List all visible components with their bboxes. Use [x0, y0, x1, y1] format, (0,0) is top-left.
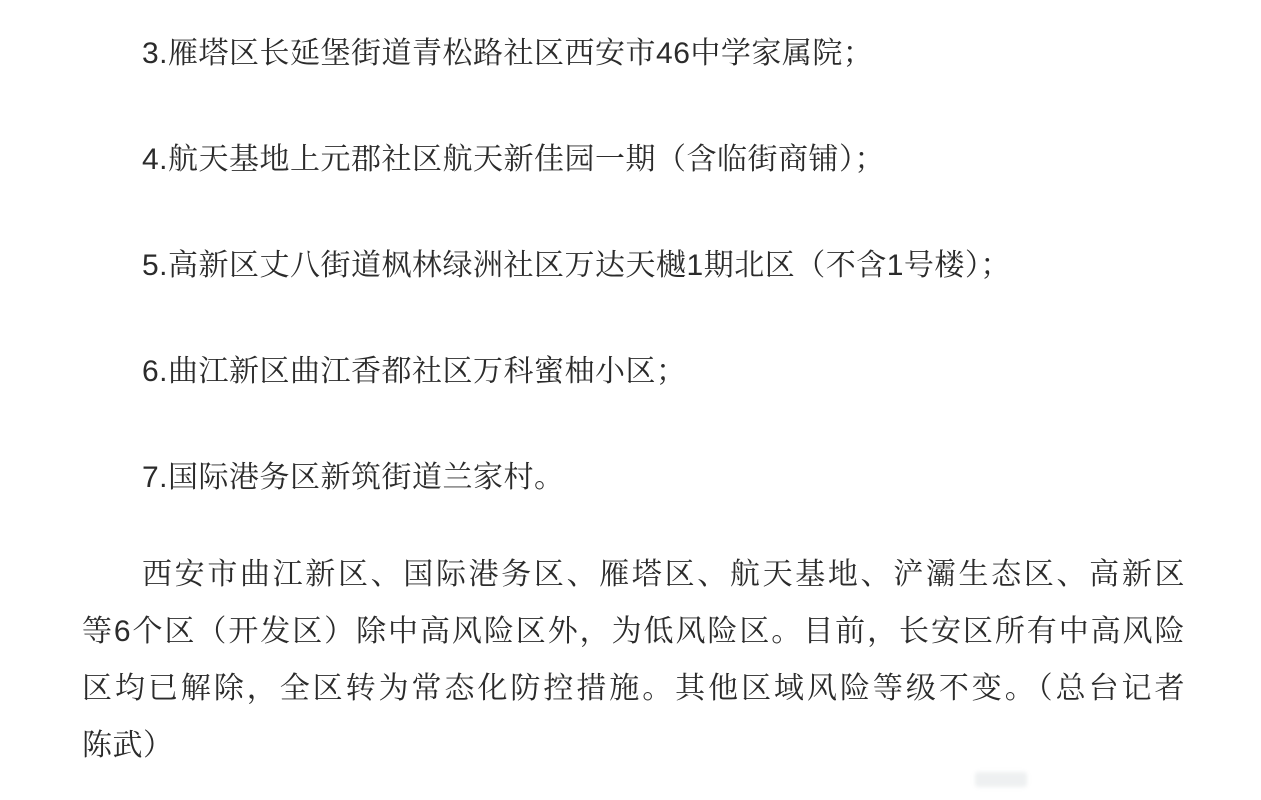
paragraph-line: 西安市曲江新区、国际港务区、雁塔区、航天基地、浐灞生态区、高新区	[82, 546, 1185, 603]
paragraph-line: 等6个区（开发区）除中高风险区外，为低风险区。目前，长安区所有中高风险	[82, 603, 1185, 660]
summary-paragraph: 西安市曲江新区、国际港务区、雁塔区、航天基地、浐灞生态区、高新区 等6个区（开发…	[82, 546, 1185, 774]
list-item: 7.国际港务区新筑街道兰家村。	[82, 450, 1185, 506]
page: { "page": { "background_color": "#ffffff…	[0, 0, 1261, 800]
paragraph-line: 陈武）	[82, 717, 1185, 774]
paragraph-line: 区均已解除，全区转为常态化防控措施。其他区域风险等级不变。（总台记者	[82, 660, 1185, 717]
list-item: 3.雁塔区长延堡街道青松路社区西安市46中学家属院；	[82, 26, 1185, 82]
list-item: 6.曲江新区曲江香都社区万科蜜柚小区；	[82, 344, 1185, 400]
list-item: 5.高新区丈八街道枫林绿洲社区万达天樾1期北区（不含1号楼）；	[82, 238, 1185, 294]
list-item: 4.航天基地上元郡社区航天新佳园一期（含临街商铺）；	[82, 132, 1185, 188]
faint-watermark	[975, 772, 1027, 787]
article-body: 3.雁塔区长延堡街道青松路社区西安市46中学家属院； 4.航天基地上元郡社区航天…	[0, 0, 1261, 774]
